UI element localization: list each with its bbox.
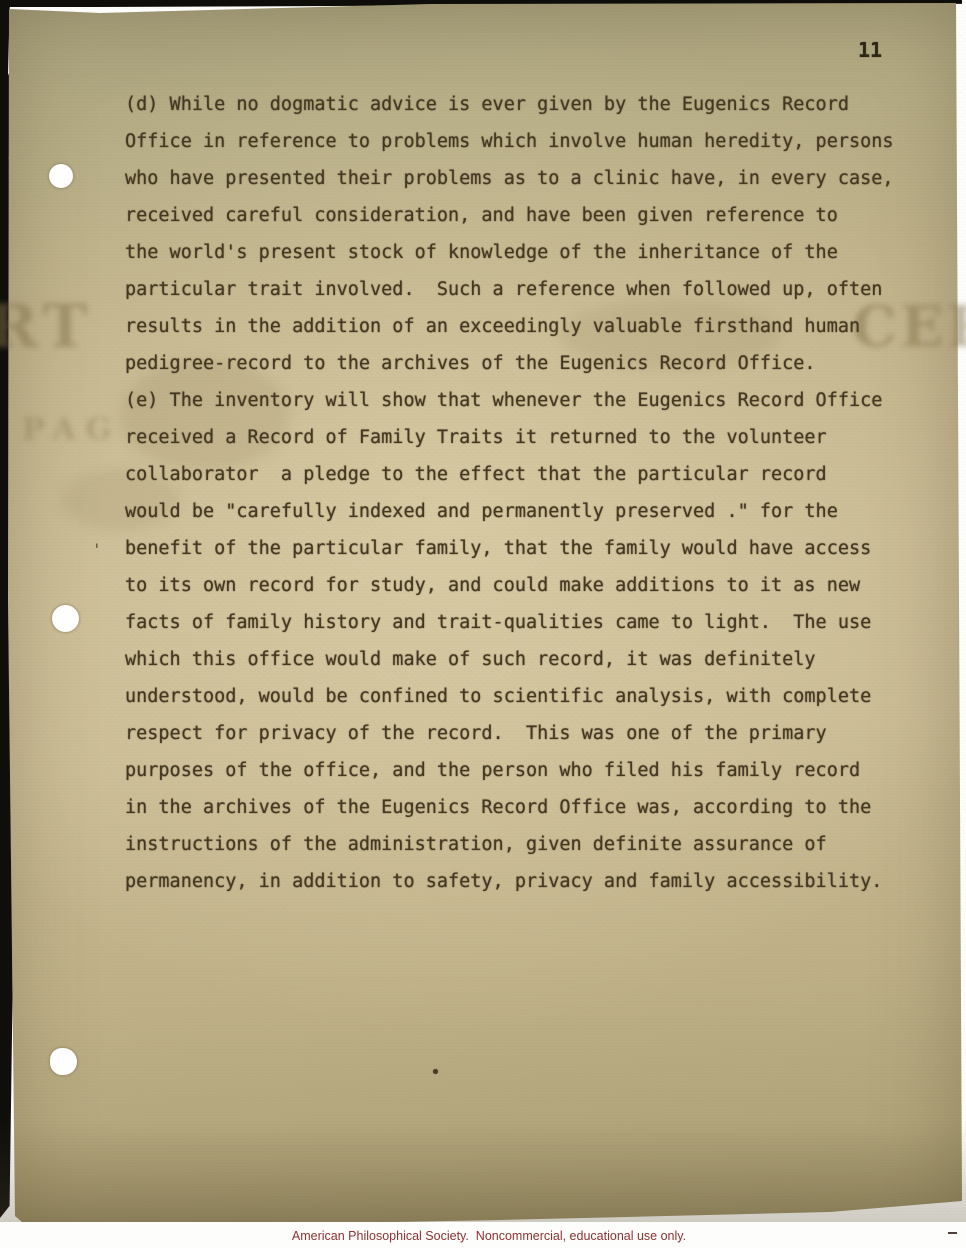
page-number: 11 <box>858 38 882 62</box>
typed-line: in the archives of the Eugenics Record O… <box>125 789 925 826</box>
typed-line: (e) The inventory will show that wheneve… <box>125 382 925 419</box>
typed-line: instructions of the administration, give… <box>125 826 925 863</box>
footer-dash-mark <box>948 1232 957 1234</box>
typed-text: (d) While no dogmatic advice is ever giv… <box>125 86 925 900</box>
typed-line: received careful consideration, and have… <box>125 197 925 234</box>
typed-line: received a Record of Family Traits it re… <box>125 419 925 456</box>
typed-line: which this office would make of such rec… <box>125 641 925 678</box>
typed-line: (d) While no dogmatic advice is ever giv… <box>125 86 925 123</box>
punch-hole-top <box>49 164 73 188</box>
typed-line: benefit of the particular family, that t… <box>125 530 925 567</box>
ink-speck <box>433 1069 438 1074</box>
typed-line: who have presented their problems as to … <box>125 160 925 197</box>
typed-line: particular trait involved. Such a refere… <box>125 271 925 308</box>
typed-line: collaborator a pledge to the effect that… <box>125 456 925 493</box>
typed-line: pedigree-record to the archives of the E… <box>125 345 925 382</box>
typed-line: the world's present stock of knowledge o… <box>125 234 925 271</box>
typed-line: results in the addition of an exceedingl… <box>125 308 925 345</box>
punch-hole-bottom <box>50 1048 77 1075</box>
punch-hole-middle <box>52 605 79 632</box>
scanned-document-page: RT CER PAG 11 (d) While no dogmatic advi… <box>0 0 966 1248</box>
typed-line: Office in reference to problems which in… <box>125 123 925 160</box>
typed-line: facts of family history and trait-qualit… <box>125 604 925 641</box>
typed-line: permanency, in addition to safety, priva… <box>125 863 925 900</box>
typed-line: purposes of the office, and the person w… <box>125 752 925 789</box>
typed-line: respect for privacy of the record. This … <box>125 715 925 752</box>
typed-line: understood, would be confined to scienti… <box>125 678 925 715</box>
footer-caption: American Philosophical Society. Noncomme… <box>6 1229 966 1243</box>
stray-ink-mark: ' <box>92 540 102 559</box>
typed-line: to its own record for study, and could m… <box>125 567 925 604</box>
typed-line: would be "carefully indexed and permanen… <box>125 493 925 530</box>
